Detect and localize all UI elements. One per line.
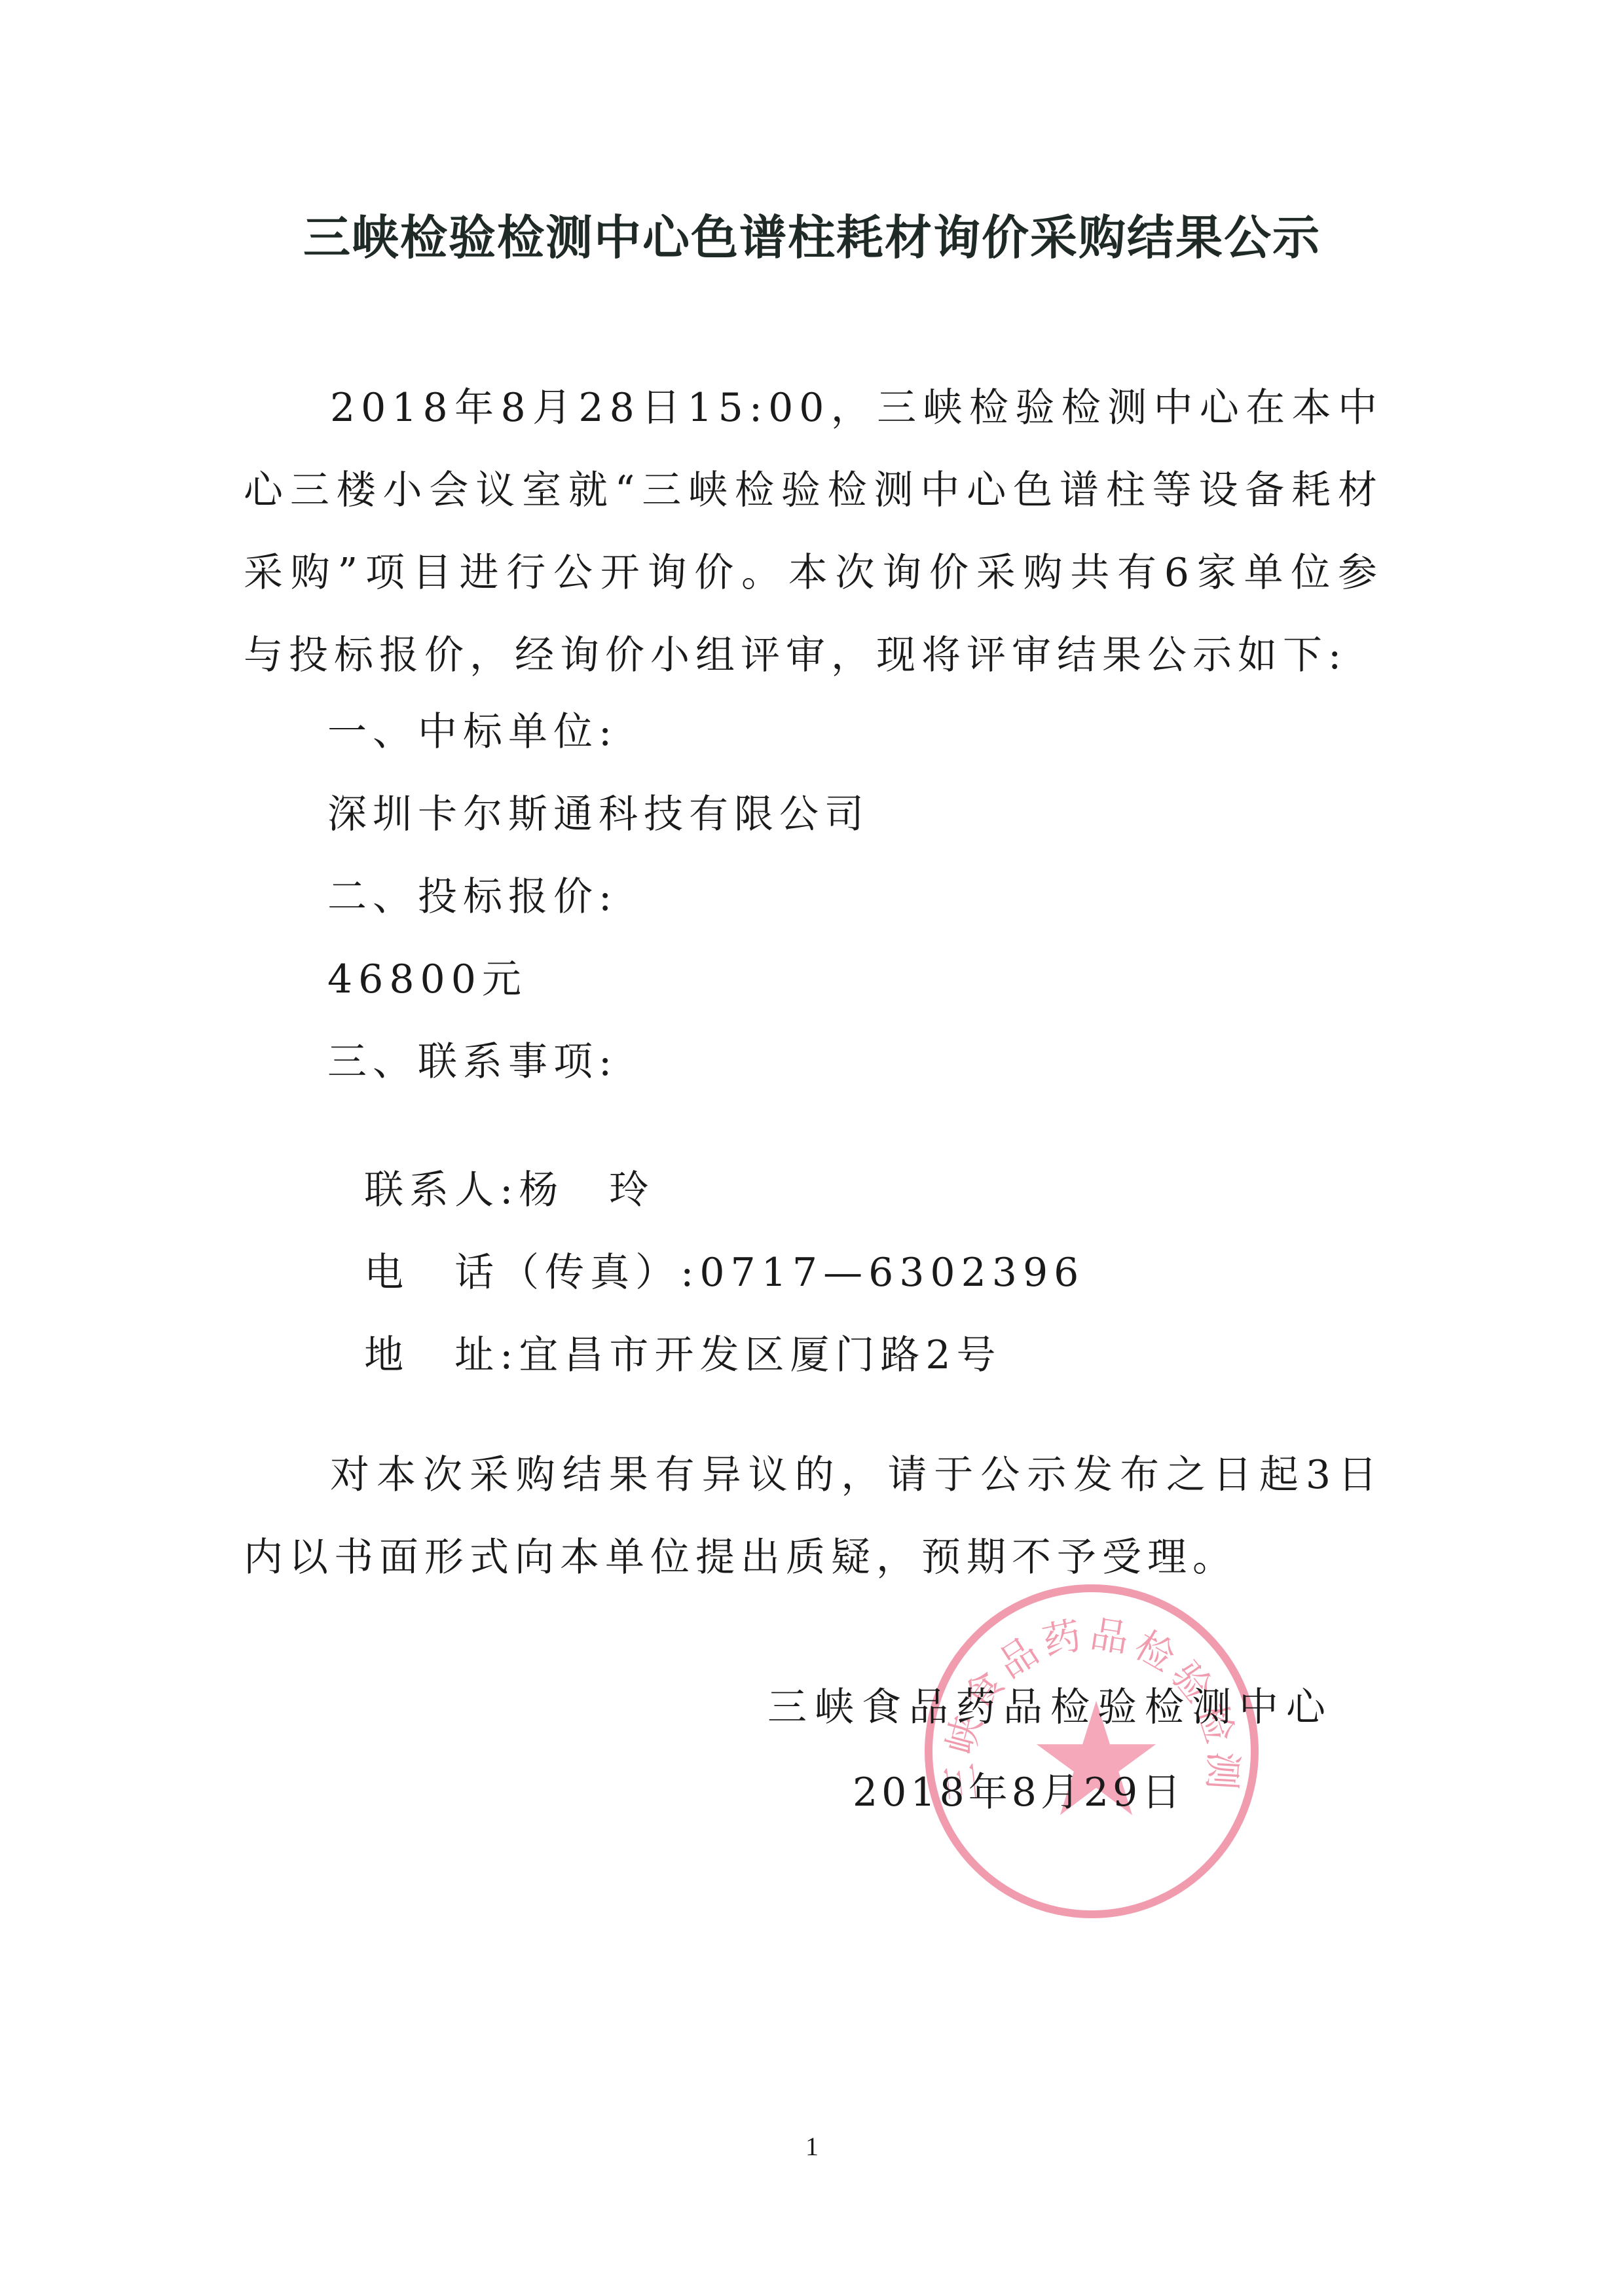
signature-date: 2018年8月29日 <box>853 1761 1185 1817</box>
page-number: 1 <box>0 2131 1624 2162</box>
contact-address-label: 地 址: <box>364 1332 519 1378</box>
contact-address: 宜昌市开发区厦门路2号 <box>519 1332 1001 1378</box>
official-seal: 三峡食品药品检验检测中心 <box>925 1584 1259 1918</box>
section-1-heading: 一、中标单位: <box>327 701 618 757</box>
section-3-heading: 三、联系事项: <box>327 1030 618 1087</box>
signature-org: 三峡食品药品检验检测中心 <box>767 1676 1333 1732</box>
section-2-heading: 二、投标报价: <box>327 866 618 922</box>
bid-price: 46800元 <box>327 948 527 1004</box>
contact-address-row: 地 址:宜昌市开发区厦门路2号 <box>327 1278 1002 1380</box>
winning-bidder: 深圳卡尔斯通科技有限公司 <box>327 783 870 839</box>
objection-paragraph: 对本次采购结果有异议的，请于公示发布之日起3日内以书面形式向本单位提出质疑，预期… <box>244 1434 1383 1599</box>
document-title: 三峡检验检测中心色谱柱耗材询价采购结果公示 <box>0 200 1624 268</box>
intro-paragraph: 2018年8月28日15:00，三峡检验检测中心在本中心三楼小会议室就“三峡检验… <box>244 367 1383 697</box>
